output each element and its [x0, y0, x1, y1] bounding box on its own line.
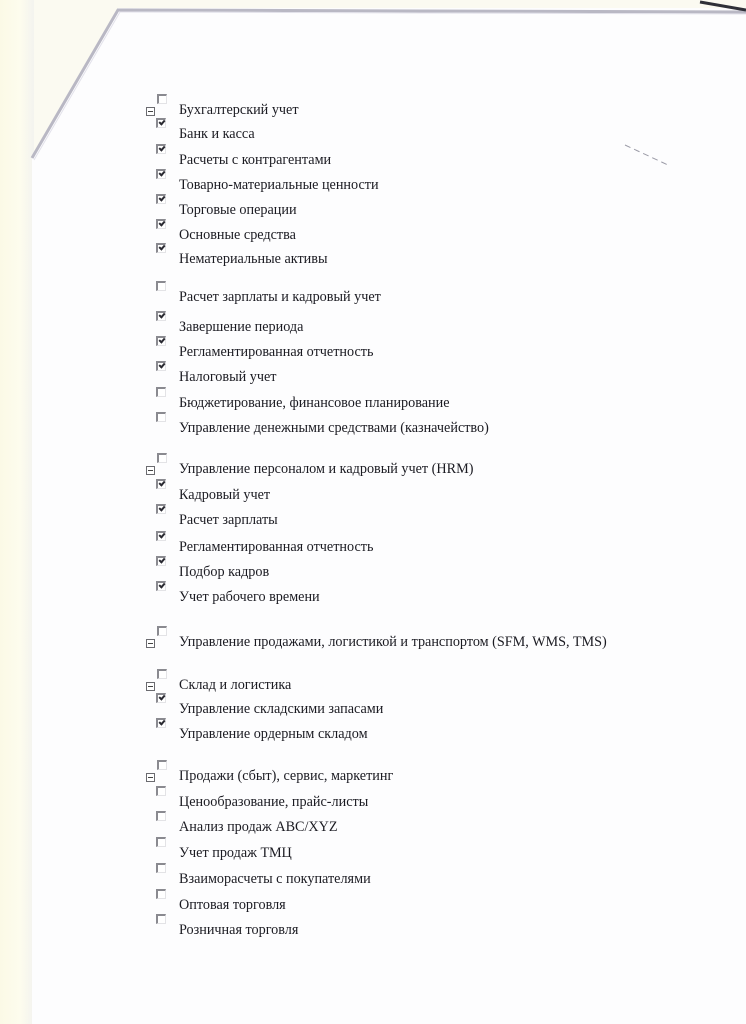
checkbox-checked[interactable]: [156, 194, 166, 204]
tree-item-row[interactable]: Расчет зарплаты: [146, 510, 706, 536]
tree-item-label: Управление персоналом и кадровый учет (H…: [179, 459, 473, 479]
checkbox-unchecked[interactable]: [157, 626, 167, 636]
tree-item-row[interactable]: Кадровый учет: [146, 485, 706, 511]
collapse-icon[interactable]: [146, 682, 155, 691]
tree-item-label: Ценообразование, прайс-листы: [179, 792, 368, 812]
tree-item-label: Взаиморасчеты с покупателями: [179, 869, 371, 889]
checkbox-checked[interactable]: [156, 243, 166, 253]
checkbox-checked[interactable]: [156, 581, 166, 591]
tree-item-label: Склад и логистика: [179, 675, 291, 695]
tree-item-row[interactable]: Банк и касса: [146, 124, 706, 150]
tree-item-label: Завершение периода: [179, 317, 303, 337]
tree-item-label: Налоговый учет: [179, 367, 277, 387]
checkbox-unchecked[interactable]: [156, 863, 166, 873]
tree-item-row[interactable]: Товарно-материальные ценности: [146, 175, 706, 201]
checkbox-unchecked[interactable]: [156, 387, 166, 397]
tree-item-label: Регламентированная отчетность: [179, 342, 373, 362]
tree-group-row[interactable]: Управление продажами, логистикой и транс…: [146, 632, 706, 658]
tree-item-label: Управление продажами, логистикой и транс…: [179, 632, 607, 652]
tree-item-row[interactable]: Регламентированная отчетность: [146, 342, 706, 368]
tree-item-label: Расчет зарплаты: [179, 510, 278, 530]
tree-item-label: Розничная торговля: [179, 920, 298, 940]
tree-item-label: Основные средства: [179, 225, 296, 245]
checkbox-unchecked[interactable]: [156, 811, 166, 821]
checkbox-unchecked[interactable]: [156, 281, 166, 291]
tree-item-label: Нематериальные активы: [179, 249, 328, 269]
tree-item-row[interactable]: Нематериальные активы: [146, 249, 706, 275]
tree-group-row[interactable]: Управление персоналом и кадровый учет (H…: [146, 459, 706, 485]
collapse-icon[interactable]: [146, 107, 155, 116]
tree-item-label: Оптовая торговля: [179, 895, 286, 915]
tree-item-row[interactable]: Взаиморасчеты с покупателями: [146, 869, 706, 895]
tree-item-label: Расчеты с контрагентами: [179, 150, 331, 170]
tree-item-row[interactable]: Расчет зарплаты и кадровый учет: [146, 287, 706, 313]
tree-item-label: Управление денежными средствами (казначе…: [179, 418, 489, 438]
checkbox-checked[interactable]: [156, 311, 166, 321]
tree-item-row[interactable]: Бюджетирование, финансовое планирование: [146, 393, 706, 419]
tree-item-row[interactable]: Розничная торговля: [146, 920, 706, 946]
tree-item-label: Анализ продаж ABC/XYZ: [179, 817, 338, 837]
checkbox-checked[interactable]: [156, 336, 166, 346]
checkbox-checked[interactable]: [156, 718, 166, 728]
checkbox-unchecked[interactable]: [156, 914, 166, 924]
tree-item-row[interactable]: Налоговый учет: [146, 367, 706, 393]
tree-item-row[interactable]: Учет рабочего времени: [146, 587, 706, 613]
tree-item-label: Бухгалтерский учет: [179, 100, 299, 120]
checkbox-checked[interactable]: [156, 479, 166, 489]
checkbox-checked[interactable]: [156, 144, 166, 154]
tree-item-label: Продажи (сбыт), сервис, маркетинг: [179, 766, 393, 786]
tree-item-row[interactable]: Завершение периода: [146, 317, 706, 343]
tree-item-label: Учет продаж ТМЦ: [179, 843, 292, 863]
tree-item-row[interactable]: Основные средства: [146, 225, 706, 251]
checkbox-checked[interactable]: [156, 556, 166, 566]
tree-item-label: Регламентированная отчетность: [179, 537, 373, 557]
tree-item-label: Расчет зарплаты и кадровый учет: [179, 287, 381, 307]
tree-item-label: Торговые операции: [179, 200, 297, 220]
tree-item-row[interactable]: Подбор кадров: [146, 562, 706, 588]
tree-item-row[interactable]: Управление денежными средствами (казначе…: [146, 418, 706, 444]
checkbox-checked[interactable]: [156, 693, 166, 703]
tree-item-label: Товарно-материальные ценности: [179, 175, 379, 195]
collapse-icon[interactable]: [146, 773, 155, 782]
checkbox-unchecked[interactable]: [157, 760, 167, 770]
tree-item-row[interactable]: Учет продаж ТМЦ: [146, 843, 706, 869]
tree-item-label: Управление складскими запасами: [179, 699, 383, 719]
tree-group-row[interactable]: Бухгалтерский учет: [146, 100, 706, 126]
tree-item-label: Кадровый учет: [179, 485, 270, 505]
tree-item-label: Бюджетирование, финансовое планирование: [179, 393, 450, 413]
checkbox-checked[interactable]: [156, 504, 166, 514]
tree-item-label: Банк и касса: [179, 124, 255, 144]
checkbox-unchecked[interactable]: [156, 412, 166, 422]
tree-item-row[interactable]: Анализ продаж ABC/XYZ: [146, 817, 706, 843]
checkbox-unchecked[interactable]: [157, 453, 167, 463]
checkbox-checked[interactable]: [156, 531, 166, 541]
tree-item-label: Управление ордерным складом: [179, 724, 368, 744]
checkbox-checked[interactable]: [156, 219, 166, 229]
scan-background-strip: [0, 0, 34, 1024]
checkbox-unchecked[interactable]: [156, 889, 166, 899]
checkbox-checked[interactable]: [156, 361, 166, 371]
checkbox-checked[interactable]: [156, 118, 166, 128]
tree-item-row[interactable]: Ценообразование, прайс-листы: [146, 792, 706, 818]
tree-item-row[interactable]: Управление складскими запасами: [146, 699, 706, 725]
checkbox-unchecked[interactable]: [156, 786, 166, 796]
tree-group-row[interactable]: Продажи (сбыт), сервис, маркетинг: [146, 766, 706, 792]
tree-group-row[interactable]: Склад и логистика: [146, 675, 706, 701]
tree-item-row[interactable]: Оптовая торговля: [146, 895, 706, 921]
checkbox-checked[interactable]: [156, 169, 166, 179]
checkbox-unchecked[interactable]: [157, 669, 167, 679]
tree-item-label: Подбор кадров: [179, 562, 269, 582]
tree-item-row[interactable]: Расчеты с контрагентами: [146, 150, 706, 176]
collapse-icon[interactable]: [146, 466, 155, 475]
tree-item-row[interactable]: Регламентированная отчетность: [146, 537, 706, 563]
checkbox-unchecked[interactable]: [157, 94, 167, 104]
tree-item-row[interactable]: Управление ордерным складом: [146, 724, 706, 750]
tree-item-label: Учет рабочего времени: [179, 587, 320, 607]
collapse-icon[interactable]: [146, 639, 155, 648]
checkbox-unchecked[interactable]: [156, 837, 166, 847]
tree-item-row[interactable]: Торговые операции: [146, 200, 706, 226]
